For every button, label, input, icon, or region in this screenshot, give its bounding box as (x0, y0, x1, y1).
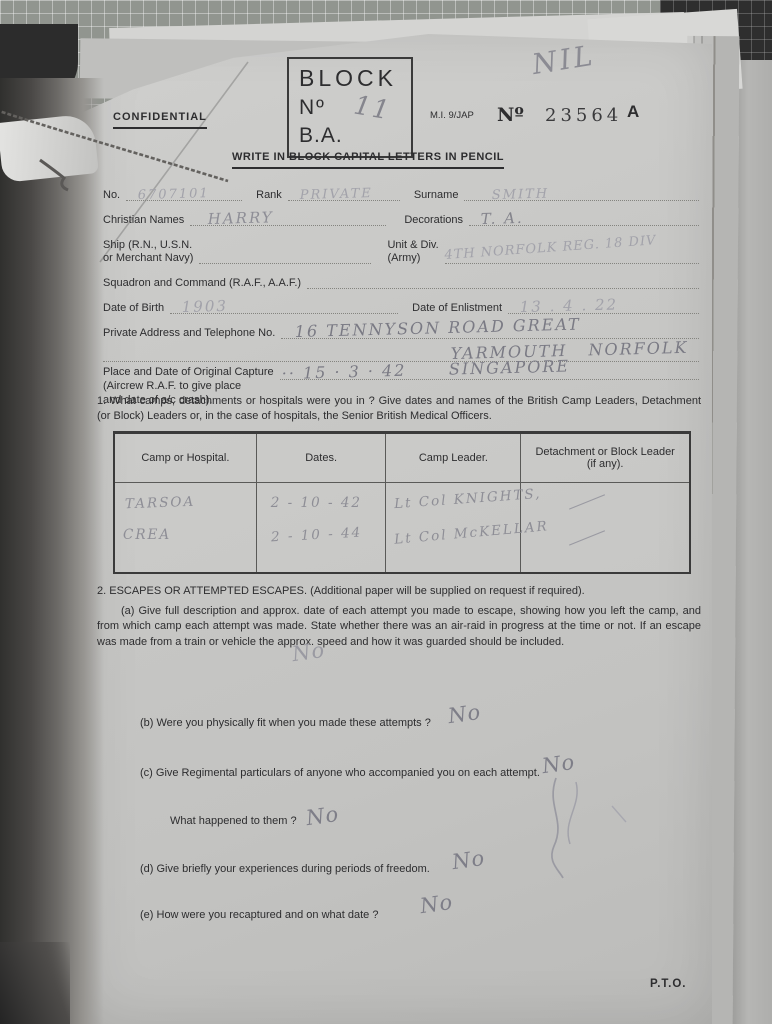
mi9-label: M.I. 9/JAP (430, 110, 474, 123)
address-field-line2: YARMOUTH NORFOLK (103, 345, 699, 362)
unit-div-field: 4TH NORFOLK REG. 18 DIV (445, 247, 699, 264)
table-header-block-leader: Detachment or Block Leader (if any). (521, 434, 689, 483)
table-col-camp: TARSOA CREA (115, 483, 257, 572)
address-value-line1: 16 TENNYSON ROAD GREAT (295, 315, 581, 341)
squadron-field (307, 272, 699, 289)
form-row-address2: YARMOUTH NORFOLK (103, 341, 701, 364)
christian-names-field: HARRY (190, 209, 386, 226)
instruction-heading: WRITE IN BLOCK CAPITAL LETTERS IN PENCIL (232, 150, 504, 169)
ship-label-line2: or Merchant Navy) (103, 252, 193, 266)
table-col-block-leader: — — (521, 483, 689, 572)
ship-label-line1: Ship (R.N., U.S.N. (103, 239, 193, 253)
question2-heading: 2. ESCAPES OR ATTEMPTED ESCAPES. (Additi… (97, 584, 701, 599)
ship-label: Ship (R.N., U.S.N. or Merchant Navy) (103, 239, 193, 267)
question2e-answer: No (418, 890, 454, 918)
scanned-document: CONFIDENTIAL BLOCK Nº 11 B.A. M.I. 9/JAP… (0, 0, 772, 1024)
surname-value: SMITH (492, 187, 550, 203)
question2a-answer: No (290, 638, 326, 666)
form-row-ship-unit: Ship (R.N., U.S.N. or Merchant Navy) Uni… (103, 228, 701, 266)
table-header-camp: Camp or Hospital. (115, 434, 257, 483)
question2c-answer: No (540, 750, 576, 778)
ship-field (199, 247, 371, 264)
no-field: 6707101 (126, 184, 242, 201)
question2a-text: (a) Give full description and approx. da… (97, 604, 701, 650)
confidential-stamp: CONFIDENTIAL (113, 110, 207, 129)
block-box-line1: BLOCK (299, 63, 411, 94)
serial-number-stamp: 23564 (545, 104, 622, 128)
binding-shadow (0, 78, 104, 1024)
enlistment-label: Date of Enlistment (412, 302, 502, 316)
block-box-line3: B.A. (299, 122, 411, 150)
camp-entry: CREA (123, 527, 171, 543)
table-col-leader: Lt Col KNIGHTS, Lt Col McKELLAR (386, 483, 521, 572)
dates-entry: 2 - 10 - 44 (270, 525, 362, 546)
unit-label-line1: Unit & Div. (387, 239, 438, 253)
series-letter: A (627, 101, 639, 124)
surname-label: Surname (414, 189, 459, 203)
form-row-no-rank-surname: No. 6707101 Rank PRIVATE Surname SMITH (103, 176, 701, 203)
corner-shadow (0, 942, 70, 1024)
table-header-dates: Dates. (257, 434, 387, 483)
camps-table: Camp or Hospital. Dates. Camp Leader. De… (113, 431, 691, 574)
address-field-line1: 16 TENNYSON ROAD GREAT (281, 322, 699, 339)
question2c-followup-answer: No (304, 802, 340, 830)
dob-field: 1903 (170, 297, 398, 314)
question2b-answer: No (446, 700, 482, 728)
block-box-line2: Nº 11 (299, 94, 411, 122)
question2d-answer: No (450, 846, 486, 874)
question1-text: 1. What camps, detachments or hospitals … (97, 394, 701, 425)
decorations-label: Decorations (404, 214, 463, 228)
dob-value: 1903 (182, 297, 229, 316)
form-row-squadron: Squadron and Command (R.A.F., A.A.F.) (103, 266, 701, 291)
enlistment-value: 13 . 4 . 22 (520, 295, 619, 316)
question2d-text: (d) Give briefly your experiences during… (140, 862, 430, 877)
form-row-dob-enlistment: Date of Birth 1903 Date of Enlistment 13… (103, 291, 701, 316)
surname-field: SMITH (464, 184, 699, 201)
dash-entry: — (566, 522, 608, 553)
question2c-followup-text: What happened to them ? (170, 814, 297, 829)
capture-label-line2: (Aircrew R.A.F. to give place (103, 380, 274, 394)
squadron-label: Squadron and Command (R.A.F., A.A.F.) (103, 277, 301, 291)
question2b-text: (b) Were you physically fit when you mad… (140, 716, 431, 731)
rank-value: PRIVATE (299, 186, 372, 203)
no-value: 6707101 (138, 186, 210, 203)
decorations-field: T. A. (469, 209, 699, 226)
table-col-dates: 2 - 10 - 42 2 - 10 - 44 (257, 483, 387, 572)
decorations-value: T. A. (481, 209, 524, 228)
leader-entry: Lt Col KNIGHTS, (394, 486, 542, 512)
rank-label: Rank (256, 189, 282, 203)
christian-names-value: HARRY (208, 208, 274, 228)
no-label: No. (103, 189, 120, 203)
camp-entry: TARSOA (125, 494, 196, 512)
dash-entry: — (566, 486, 608, 517)
unit-div-value: 4TH NORFOLK REG. 18 DIV (444, 233, 657, 263)
address-label: Private Address and Telephone No. (103, 327, 275, 341)
block-no-symbol: Nº (299, 96, 326, 119)
form-row-names-decorations: Christian Names HARRY Decorations T. A. (103, 203, 701, 228)
capture-label-line1: Place and Date of Original Capture (103, 366, 274, 380)
capture-field: ·· 15 · 3 · 42 SINGAPORE (280, 366, 699, 380)
form-no-symbol: Nº (497, 103, 524, 129)
dates-entry: 2 - 10 - 42 (271, 495, 362, 511)
enlistment-field: 13 . 4 . 22 (508, 297, 699, 314)
dob-label: Date of Birth (103, 302, 164, 316)
table-header-leader: Camp Leader. (386, 434, 521, 483)
block-number-box: BLOCK Nº 11 B.A. (287, 57, 413, 158)
unit-label-line2: (Army) (387, 252, 438, 266)
christian-names-label: Christian Names (103, 214, 184, 228)
unit-div-label: Unit & Div. (Army) (387, 239, 438, 267)
form-row-address: Private Address and Telephone No. 16 TEN… (103, 316, 701, 341)
question2c-text: (c) Give Regimental particulars of anyon… (140, 766, 540, 781)
address-value-line2: YARMOUTH NORFOLK (451, 338, 689, 363)
rank-field: PRIVATE (288, 184, 400, 201)
question2e-text: (e) How were you recaptured and on what … (140, 908, 378, 923)
personal-details-form: No. 6707101 Rank PRIVATE Surname SMITH C… (103, 176, 701, 414)
paper-fold (0, 113, 99, 183)
pto-footer: P.T.O. (650, 978, 686, 990)
